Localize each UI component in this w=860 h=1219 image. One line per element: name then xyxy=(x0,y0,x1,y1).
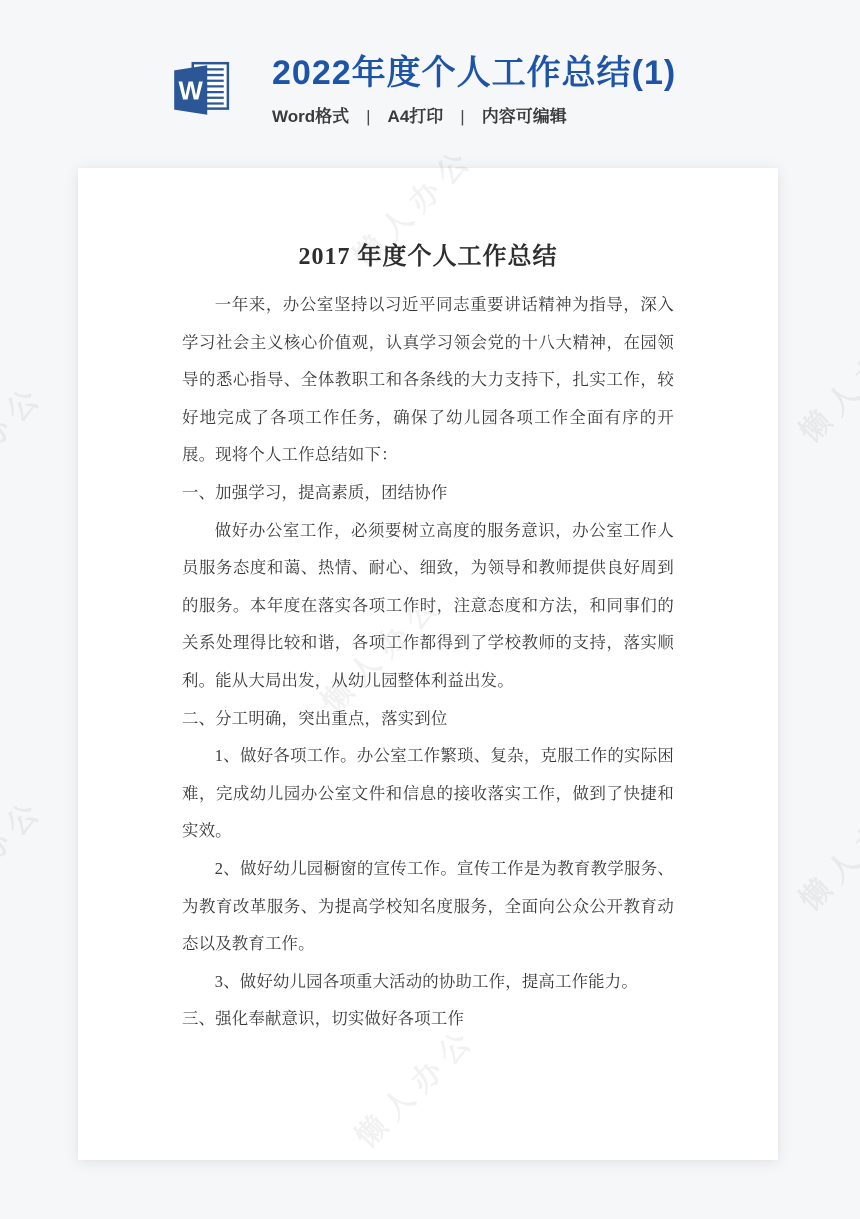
doc-paragraph: 一年来，办公室坚持以习近平同志重要讲话精神为指导，深入学习社会主义核心价值观，认… xyxy=(182,286,674,474)
doc-heading: 二、分工明确，突出重点，落实到位 xyxy=(182,700,674,738)
format-item-word: Word格式 xyxy=(272,107,349,126)
word-icon: W xyxy=(168,58,232,120)
word-icon-graphic: W xyxy=(168,58,232,120)
preview-canvas: W 2022年度个人工作总结(1) Word格式|A4打印|内容可编辑 2017… xyxy=(0,0,860,1219)
watermark: 懒人办公 xyxy=(0,371,53,512)
format-info: Word格式|A4打印|内容可编辑 xyxy=(272,102,676,127)
header-text: 2022年度个人工作总结(1) Word格式|A4打印|内容可编辑 xyxy=(272,52,676,127)
doc-paragraph: 2、做好幼儿园橱窗的宣传工作。宣传工作是为教育教学服务、为教育改革服务、为提高学… xyxy=(182,850,674,963)
document-page: 2017 年度个人工作总结 一年来，办公室坚持以习近平同志重要讲话精神为指导，深… xyxy=(78,168,778,1160)
doc-heading: 三、强化奉献意识，切实做好各项工作 xyxy=(182,1000,674,1038)
document-header: W 2022年度个人工作总结(1) Word格式|A4打印|内容可编辑 xyxy=(168,52,676,127)
doc-title: 2017 年度个人工作总结 xyxy=(182,236,674,278)
watermark: 懒人办公 xyxy=(0,785,53,926)
doc-paragraph: 1、做好各项工作。办公室工作繁琐、复杂，克服工作的实际困难，完成幼儿园办公室文件… xyxy=(182,737,674,850)
format-item-editable: 内容可编辑 xyxy=(482,107,567,126)
watermark: 懒人办公 xyxy=(787,309,860,450)
doc-heading: 一、加强学习，提高素质，团结协作 xyxy=(182,474,674,512)
separator: | xyxy=(366,107,370,126)
word-icon-letter: W xyxy=(179,77,204,105)
separator: | xyxy=(460,107,464,126)
watermark: 懒人办公 xyxy=(787,777,860,918)
file-title: 2022年度个人工作总结(1) xyxy=(272,52,676,94)
format-item-a4: A4打印 xyxy=(388,107,444,126)
doc-body: 一年来，办公室坚持以习近平同志重要讲话精神为指导，深入学习社会主义核心价值观，认… xyxy=(182,286,674,1038)
doc-paragraph: 3、做好幼儿园各项重大活动的协助工作，提高工作能力。 xyxy=(182,963,674,1001)
doc-paragraph: 做好办公室工作，必须要树立高度的服务意识，办公室工作人员服务态度和蔼、热情、耐心… xyxy=(182,512,674,700)
